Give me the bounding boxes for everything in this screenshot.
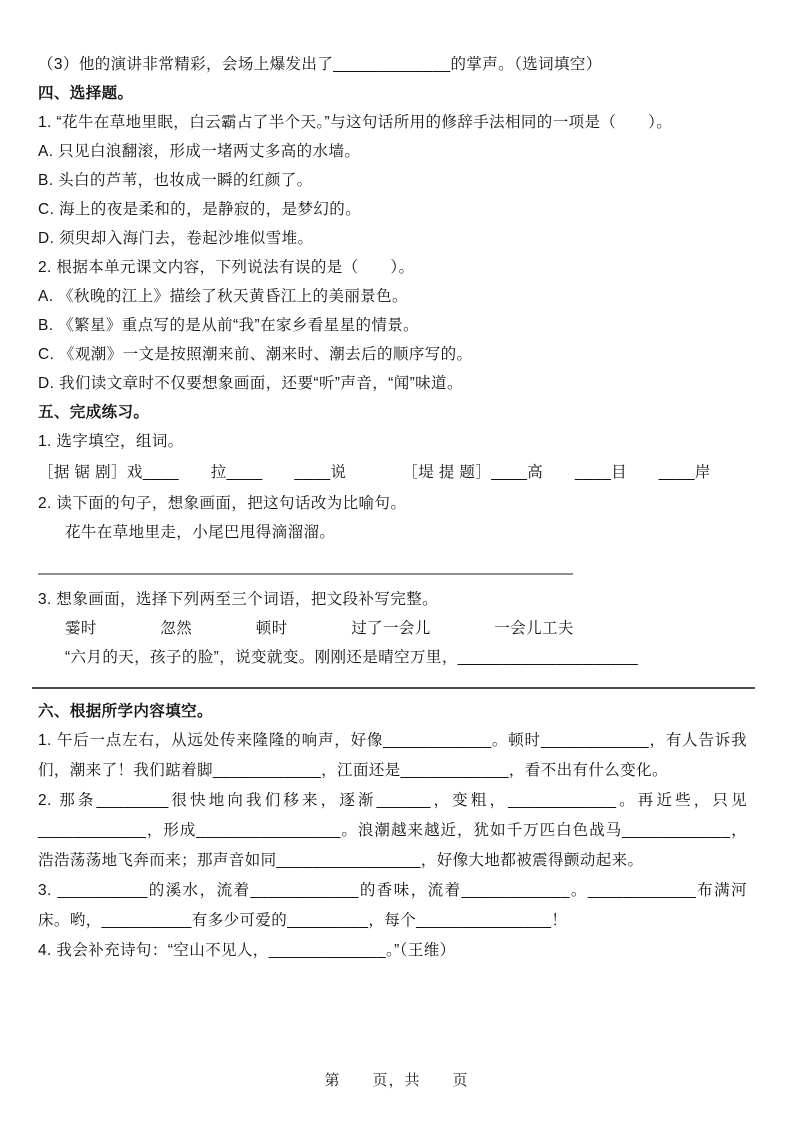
section-6-question-3: 3. __________的溪水，流着____________的香味，流着___… [38,876,747,936]
section-divider-rule [32,687,755,689]
section-4-q2-option-d: D. 我们读文章时不仅要想象画面，还要“听”声音，“闻”味道。 [38,369,747,398]
section-5-q3-word-bank: 霎时 忽然 顿时 过了一会儿 一会儿工夫 [38,614,747,643]
section-4-q1-option-d: D. 须臾却入海门去，卷起沙堆似雪堆。 [38,224,747,253]
worksheet-page: （3）他的演讲非常精彩，会场上爆发出了_____________的掌声。（选词填… [0,0,793,1122]
section-4-q2-option-c: C. 《观潮》一文是按照潮来前、潮来时、潮去后的顺序写的。 [38,340,747,369]
section-5-question-1: 1. 选字填空，组词。 [38,427,747,456]
section-4-q2-option-b: B. 《繁星》重点写的是从前“我”在家乡看星星的情景。 [38,311,747,340]
section-6-heading: 六、根据所学内容填空。 [38,697,747,726]
section-5-q2-source-sentence: 花牛在草地里走，小尾巴甩得滴溜溜。 [38,518,747,547]
page-number-footer: 第 页，共 页 [0,1069,793,1090]
answer-writing-line [38,573,573,575]
section-4-q1-option-c: C. 海上的夜是柔和的，是静寂的，是梦幻的。 [38,195,747,224]
section-4-q1-option-a: A. 只见白浪翻滚，形成一堵两丈多高的水墙。 [38,137,747,166]
section-4-q1-option-b: B. 头白的芦苇，也妆成一瞬的红颜了。 [38,166,747,195]
section-4-question-2: 2. 根据本单元课文内容，下列说法有误的是（ ）。 [38,253,747,282]
section-5-q1-word-blanks: ［据 锯 剧］戏____ 拉____ ____说 ［堤 提 题］____高 __… [38,458,747,487]
section-5-heading: 五、完成练习。 [38,398,747,427]
section-5-question-2: 2. 读下面的句子，想象画面，把这句话改为比喻句。 [38,489,747,518]
section-6-question-1: 1. 午后一点左右，从远处传来隆隆的响声，好像____________。顿时__… [38,726,747,786]
section-5-question-3: 3. 想象画面，选择下列两至三个词语，把文段补写完整。 [38,585,747,614]
section-4-question-1: 1. “花牛在草地里眠，白云霸占了半个天。”与这句话所用的修辞手法相同的一项是（… [38,108,747,137]
section-4-heading: 四、选择题。 [38,79,747,108]
section-4-q2-option-a: A. 《秋晚的江上》描绘了秋天黄昏江上的美丽景色。 [38,282,747,311]
prelude-fill-blank-sentence: （3）他的演讲非常精彩，会场上爆发出了_____________的掌声。（选词填… [38,50,747,79]
section-6-question-4: 4. 我会补充诗句：“空山不见人，_____________。”（王维） [38,936,747,966]
section-5-q3-passage: “六月的天，孩子的脸”，说变就变。刚刚还是晴空万里，______________… [38,643,747,672]
section-6-question-2: 2. 那条________很快地向我们移来，逐渐______，变粗，______… [38,786,747,876]
